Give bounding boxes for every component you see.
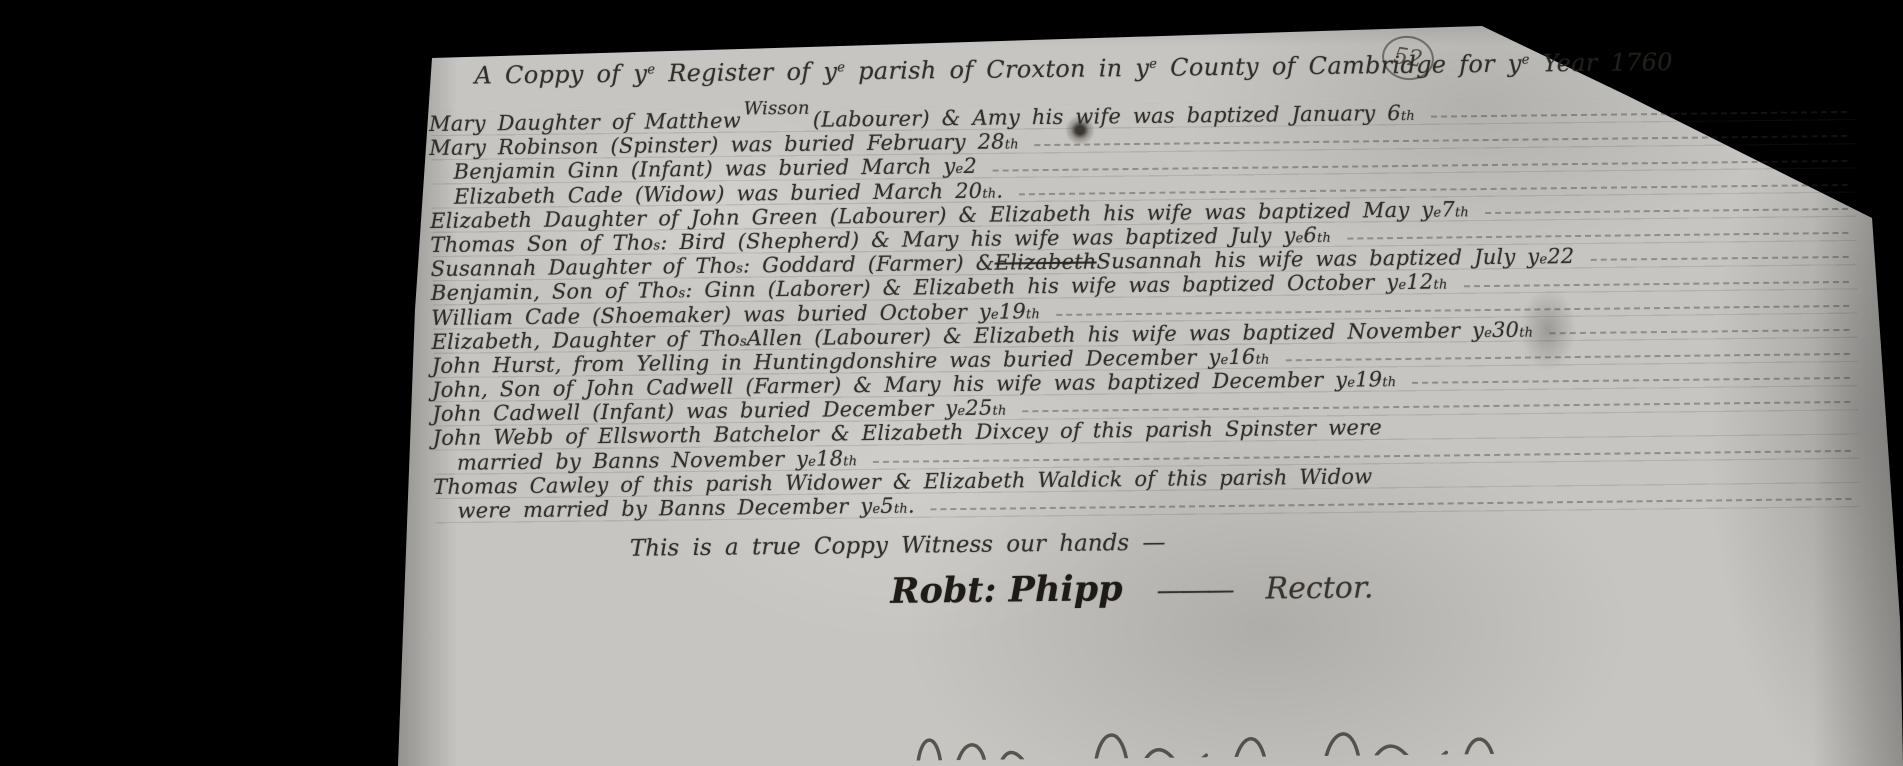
entry-text: 19 [1355, 367, 1382, 392]
trailing-dash-line [1590, 244, 1848, 261]
trailing-dash-line [1431, 99, 1847, 118]
entry-text: 25 [965, 396, 992, 421]
entry-text: Elizabeth, Daughter of Tho [431, 326, 740, 354]
trailing-dash-line [1549, 317, 1849, 334]
entry-text: County of Cambridge for y [1157, 50, 1522, 82]
entry-text: . [996, 178, 1003, 202]
rector-title: Rector. [1265, 571, 1373, 607]
superscript-text: e [1149, 57, 1157, 72]
document-title: A Coppy of ye Register of ye parish of C… [474, 46, 1880, 90]
entry-text: Benjamin, Son of Tho [431, 279, 679, 306]
manuscript-content: A Coppy of ye Register of ye parish of C… [428, 0, 1889, 766]
entry-text: Year 1760 [1530, 48, 1673, 78]
superscript-text: e [837, 60, 845, 75]
entry-text: 16 [1228, 345, 1255, 370]
interlinear-insertion: Wisson [744, 97, 810, 122]
attestation-line: Robt: Phipp ——— Rector. [890, 560, 1886, 612]
entry-text: parish of Croxton in y [845, 54, 1149, 85]
entry-text: Thomas Son of Tho [430, 230, 653, 257]
closing-statement: This is a true Coppy Witness our hands — [630, 522, 1886, 562]
entry-text: Register of y [655, 57, 837, 87]
entry-text: 5 [880, 494, 894, 518]
trailing-dash-line [1485, 196, 1848, 214]
entry-text: Susannah his wife was baptized July y [1096, 245, 1539, 274]
entry-text: . [908, 494, 915, 518]
trailing-dash-line [1412, 365, 1850, 384]
entry-text: Susannah Daughter of Tho [431, 254, 737, 282]
trailing-dash-line [1285, 341, 1849, 361]
entry-text: : Goddard (Farmer) & [743, 251, 995, 278]
entry-text: 19 [999, 299, 1026, 324]
entry-text: 30 [1492, 317, 1519, 342]
entry-text: 6 [1303, 223, 1317, 247]
entry-text: 18 [816, 446, 843, 471]
entry-text: 22 [1547, 244, 1574, 269]
register-entries: Mary Daughter of MatthewWisson(Labourer)… [429, 96, 1886, 524]
rector-signature: Robt: Phipp [890, 568, 1123, 612]
entry-text: Mary Daughter of Matthew [429, 108, 741, 136]
entry-text: were married by Banns December y [457, 494, 872, 523]
signature-dash: ——— [1156, 573, 1231, 607]
entry-text: 2 [963, 154, 977, 178]
struck-text: Elizabeth [994, 250, 1096, 275]
entry-text: 12 [1406, 270, 1433, 295]
entry-text: 7 [1441, 197, 1455, 221]
trailing-dash-line [1463, 268, 1849, 286]
superscript-text: e [647, 62, 655, 77]
trailing-dash-line [1347, 220, 1848, 240]
entry-text: A Coppy of y [474, 60, 647, 90]
